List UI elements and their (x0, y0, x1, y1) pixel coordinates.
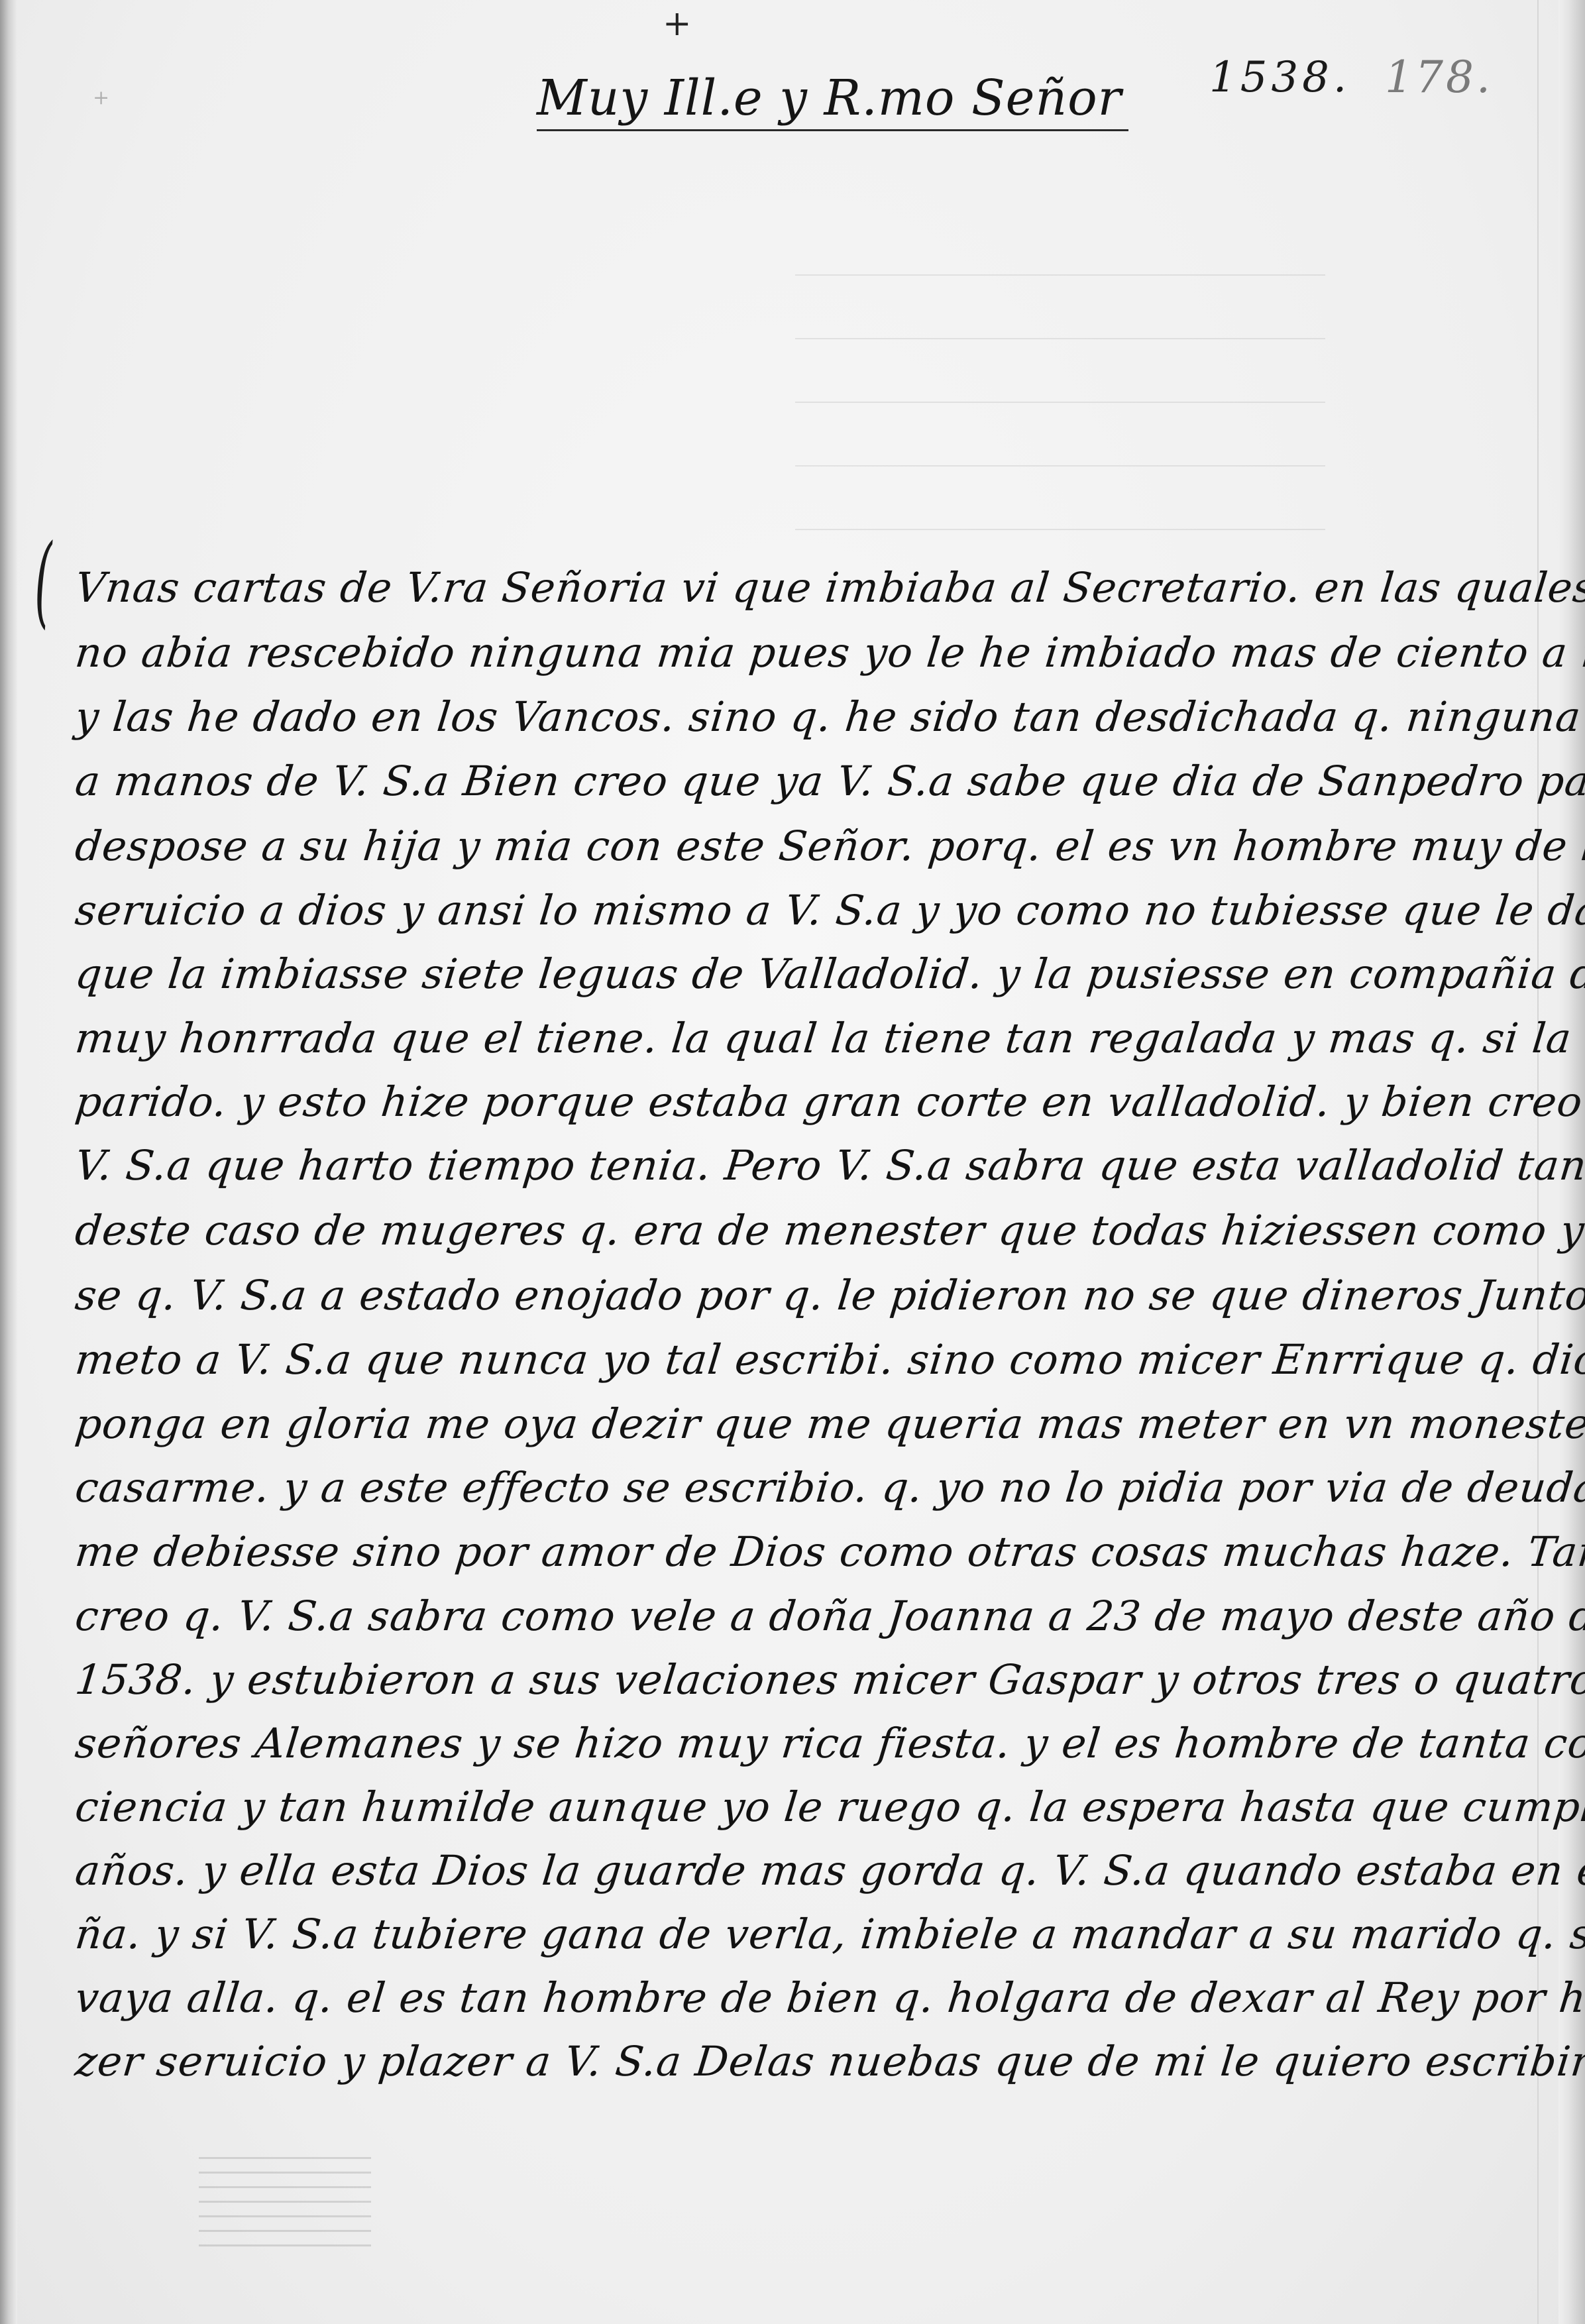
page-left-edge (0, 0, 17, 2324)
manuscript-line: seruicio a dios y ansi lo mismo a V. S.a… (73, 886, 1585, 934)
folio-number: 178. (1385, 52, 1493, 103)
manuscript-line: ciencia y tan humilde aunque yo le ruego… (73, 1783, 1585, 1831)
manuscript-line: que la imbiasse siete leguas de Valladol… (73, 950, 1585, 998)
manuscript-line: vaya alla. q. el es tan hombre de bien q… (73, 1973, 1585, 2022)
paragraph-mark: ( (34, 524, 52, 639)
manuscript-page: + + Muy Ill.e y R.mo Señor 1538. 178. ( … (0, 0, 1585, 2324)
margin-mark: + (93, 86, 109, 109)
manuscript-line: se q. V. S.a a estado enojado por q. le … (73, 1271, 1585, 1319)
manuscript-line: V. S.a que harto tiempo tenia. Pero V. S… (73, 1141, 1585, 1190)
manuscript-line: y las he dado en los Vancos. sino q. he … (73, 692, 1585, 741)
manuscript-line: zer seruicio y plazer a V. S.a Delas nue… (73, 2037, 1585, 2085)
manuscript-line: Vnas cartas de V.ra Señoria vi que imbia… (73, 563, 1585, 612)
manuscript-line: creo q. V. S.a sabra como vele a doña Jo… (73, 1592, 1585, 1640)
manuscript-line: no abia rescebido ninguna mia pues yo le… (73, 628, 1585, 677)
manuscript-line: deste caso de mugeres q. era de menester… (73, 1206, 1585, 1254)
manuscript-line: ponga en gloria me oya dezir que me quer… (73, 1400, 1585, 1448)
folio-year: 1538. (1209, 53, 1350, 102)
manuscript-line: despose a su hija y mia con este Señor. … (73, 822, 1585, 870)
manuscript-line: casarme. y a este effecto se escribio. q… (73, 1463, 1585, 1512)
header-cross: + (663, 4, 692, 44)
salutation: Muy Ill.e y R.mo Señor (537, 70, 1128, 131)
manuscript-line: a manos de V. S.a Bien creo que ya V. S.… (73, 757, 1585, 805)
manuscript-line: meto a V. S.a que nunca yo tal escribi. … (73, 1335, 1585, 1384)
manuscript-line: ña. y si V. S.a tubiere gana de verla, i… (73, 1910, 1585, 1958)
manuscript-line: años. y ella esta Dios la guarde mas gor… (73, 1846, 1585, 1895)
ink-bleed-through (795, 252, 1325, 530)
faded-stamp (199, 2147, 371, 2246)
manuscript-line: me debiesse sino por amor de Dios como o… (73, 1527, 1585, 1576)
manuscript-line: señores Alemanes y se hizo muy rica fies… (73, 1719, 1585, 1767)
manuscript-line: 1538. y estubieron a sus velaciones mice… (73, 1655, 1585, 1704)
manuscript-line: muy honrrada que el tiene. la qual la ti… (73, 1014, 1585, 1062)
manuscript-line: parido. y esto hize porque estaba gran c… (73, 1078, 1585, 1126)
